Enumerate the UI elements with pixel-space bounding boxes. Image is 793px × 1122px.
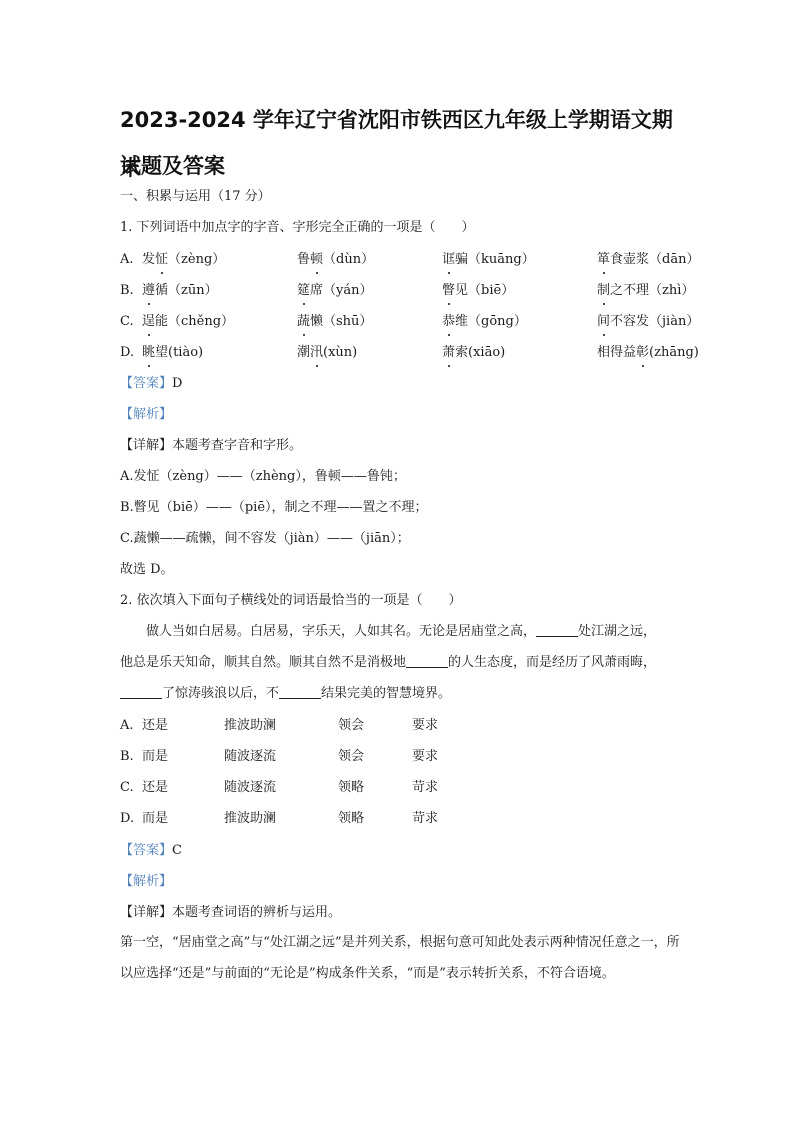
option-term: 鲁顿（dùn） — [297, 250, 374, 270]
blank-4 — [279, 684, 321, 699]
answer-label: 【答案】 — [120, 843, 172, 858]
blank-1 — [536, 622, 578, 637]
option-term: 相得益彰(zhāng) — [597, 343, 699, 363]
detail-text: 本题考查字音和字形。 — [172, 438, 302, 453]
emphasis-dot-char: 眺 — [142, 343, 155, 363]
q1-conclusion: 故选 D。 — [120, 560, 174, 580]
option-term: 诓骗（kuāng） — [442, 250, 535, 270]
q2-stem: 2. 依次填入下面句子横线处的词语最恰当的一项是（ ） — [120, 591, 462, 611]
option-term: 制之不理（zhì） — [597, 281, 694, 301]
option-word: 苛求 — [412, 809, 438, 829]
emphasis-dot-char: 蔬 — [297, 312, 310, 332]
option-word: 苛求 — [412, 778, 438, 798]
option-word: 而是 — [142, 809, 168, 829]
option-term: 萧索(xiāo) — [442, 343, 505, 363]
passage-text: 结果完美的智慧境界。 — [321, 686, 451, 701]
q1-analysis-label: 【解析】 — [120, 405, 172, 425]
emphasis-dot-char: 彰 — [636, 343, 649, 363]
q1-detail: 【详解】本题考查字音和字形。 — [120, 436, 302, 456]
q1-explanation-c: C.蔬懒——疏懒，间不容发（jiàn）——（jiān）； — [120, 529, 410, 549]
section-heading: 一、积累与运用（17 分） — [120, 187, 271, 207]
passage-text: 了惊涛骇浪以后，不 — [162, 686, 279, 701]
option-term: 逞能（chěng） — [142, 312, 234, 332]
q2-detail: 【详解】本题考查词语的辨析与运用。 — [120, 903, 341, 923]
option-term: 遵循（zūn） — [142, 281, 218, 301]
option-term: 恭维（gōng） — [442, 312, 527, 332]
option-term: 眺望(tiào) — [142, 343, 203, 363]
option-word: 而是 — [142, 747, 168, 767]
option-label: B. — [120, 281, 134, 301]
detail-text: 本题考查词语的辨析与运用。 — [172, 905, 341, 920]
q2-analysis-label: 【解析】 — [120, 872, 172, 892]
option-term: 箪食壶浆（dān） — [597, 250, 699, 270]
passage-text: 处江湖之远， — [578, 624, 656, 639]
answer-value: C — [172, 843, 182, 858]
q1-answer: 【答案】D — [120, 374, 182, 394]
option-term: 瞥见（biē） — [442, 281, 514, 301]
option-term: 潮汛(xùn) — [297, 343, 357, 363]
emphasis-dot-char: 瞥 — [442, 281, 455, 301]
emphasis-dot-char: 遵 — [142, 281, 155, 301]
option-label: D. — [120, 343, 134, 363]
option-word: 还是 — [142, 778, 168, 798]
emphasis-dot-char: 顿 — [310, 250, 323, 270]
option-word: 领会 — [338, 747, 364, 767]
option-label: A. — [120, 716, 134, 736]
q1-explanation-b: B.瞥见（biē）——（piē），制之不理——置之不理； — [120, 498, 428, 518]
option-word: 推波助澜 — [224, 716, 276, 736]
q2-answer: 【答案】C — [120, 841, 182, 861]
q2-passage: 做人当如白居易。白居易，字乐天，人如其名。无论是居庙堂之高，处江湖之远， 他总是… — [120, 616, 680, 709]
answer-label: 【答案】 — [120, 376, 172, 391]
q2-explanation: 第一空，“居庙堂之高”与“处江湖之远”是并列关系，根据句意可知此处表示两种情况任… — [120, 927, 680, 989]
detail-label: 【详解】 — [120, 438, 172, 453]
option-label: A. — [120, 250, 134, 270]
option-word: 领略 — [338, 809, 364, 829]
option-label: C. — [120, 312, 134, 332]
passage-text: 做人当如白居易。白居易，字乐天，人如其名。无论是居庙堂之高， — [146, 624, 536, 639]
emphasis-dot-char: 怔 — [155, 250, 168, 270]
option-term: 筵席（yán） — [297, 281, 372, 301]
option-word: 领略 — [338, 778, 364, 798]
option-word: 要求 — [412, 747, 438, 767]
blank-2 — [406, 653, 448, 668]
document-title-line2: 试题及答案 — [120, 142, 680, 190]
emphasis-dot-char: 逞 — [142, 312, 155, 332]
blank-3 — [120, 684, 162, 699]
emphasis-dot-char: 汛 — [310, 343, 323, 363]
option-term: 蔬懒（shū） — [297, 312, 372, 332]
emphasis-dot-char: 恭 — [442, 312, 455, 332]
option-word: 还是 — [142, 716, 168, 736]
emphasis-dot-char: 诓 — [442, 250, 455, 270]
option-word: 要求 — [412, 716, 438, 736]
option-term: 间不容发（jiàn） — [597, 312, 699, 332]
q1-stem: 1. 下列词语中加点字的字音、字形完全正确的一项是（ ） — [120, 218, 475, 238]
option-word: 领会 — [338, 716, 364, 736]
detail-label: 【详解】 — [120, 905, 172, 920]
option-word: 推波助澜 — [224, 809, 276, 829]
passage-text: 他总是乐天知命，顺其自然。顺其自然不是消极地 — [120, 655, 406, 670]
emphasis-dot-char: 间 — [597, 312, 610, 332]
option-word: 随波逐流 — [224, 747, 276, 767]
passage-text: 的人生态度，而是经历了风萧雨晦， — [448, 655, 656, 670]
emphasis-dot-char: 制 — [597, 281, 610, 301]
answer-value: D — [172, 376, 182, 391]
q1-explanation-a: A.发怔（zèng）——（zhèng），鲁顿——鲁钝； — [120, 467, 406, 487]
option-label: D. — [120, 809, 134, 829]
emphasis-dot-char: 筵 — [297, 281, 310, 301]
emphasis-dot-char: 萧 — [442, 343, 455, 363]
option-word: 随波逐流 — [224, 778, 276, 798]
option-label: C. — [120, 778, 134, 798]
option-label: B. — [120, 747, 134, 767]
emphasis-dot-char: 箪 — [597, 250, 610, 270]
option-term: 发怔（zèng） — [142, 250, 225, 270]
